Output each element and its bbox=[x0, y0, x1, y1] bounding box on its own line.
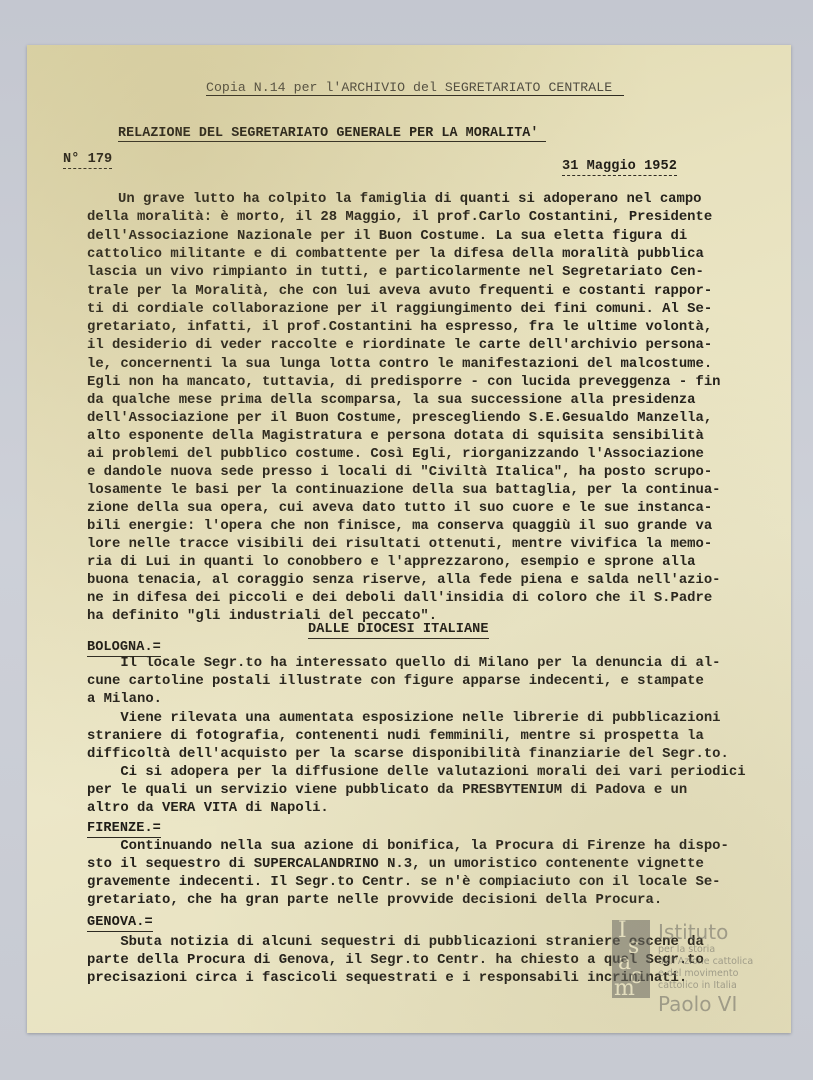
report-date: 31 Maggio 1952 bbox=[562, 160, 677, 176]
text-line: per le quali un servizio viene pubblicat… bbox=[87, 784, 687, 798]
watermark-letter: I bbox=[618, 918, 627, 943]
text-line: altro da VERA VITA di Napoli. bbox=[87, 802, 329, 816]
text-line: e dandole nuova sede presso i locali di … bbox=[87, 466, 712, 480]
text-line: bili energie: l'opera che non finisce, m… bbox=[87, 520, 712, 534]
section-heading: DALLE DIOCESI ITALIANE bbox=[308, 623, 489, 639]
watermark-text: dell'Azione cattolica bbox=[658, 956, 753, 967]
city-heading-firenze: FIRENZE.= bbox=[87, 822, 161, 838]
text-line: ai problemi del pubblico costume. Così E… bbox=[87, 448, 704, 462]
text-line: straniere di fotografia, contenenti nudi… bbox=[87, 730, 704, 744]
text-line: il desiderio di veder raccolte e riordin… bbox=[87, 339, 712, 353]
watermark-text: Istituto bbox=[658, 920, 728, 944]
text-line: Un grave lutto ha colpito la famiglia di… bbox=[118, 193, 702, 207]
text-line: lore nelle tracce visibili dei risultati… bbox=[87, 538, 712, 552]
text-line: gretariato, che ha gran parte nelle prov… bbox=[87, 894, 662, 908]
text-line: Ci si adopera per la diffusione delle va… bbox=[87, 766, 746, 780]
text-line: zione della sua opera, cui aveva dato tu… bbox=[87, 502, 712, 516]
text-line: della moralità: è morto, il 28 Maggio, i… bbox=[87, 211, 712, 225]
text-line: precisazioni circa i fascicoli sequestra… bbox=[87, 972, 687, 986]
text-line: le, concernenti la sua lunga lotta contr… bbox=[87, 358, 712, 372]
city-heading-genova: GENOVA.= bbox=[87, 916, 153, 932]
text-line: gravemente indecenti. Il Segr.to Centr. … bbox=[87, 876, 721, 890]
report-title: RELAZIONE DEL SEGRETARIATO GENERALE PER … bbox=[118, 127, 546, 142]
watermark-text: e del movimento bbox=[658, 968, 738, 979]
text-line: ria di Lui in quanti lo conobbero e l'ap… bbox=[87, 556, 696, 570]
text-line: dell'Associazione Nazionale per il Buon … bbox=[87, 230, 687, 244]
text-line: lascia un vivo rimpianto in tutti, e par… bbox=[87, 266, 704, 280]
typewritten-page: Copia N.14 per l'ARCHIVIO del SEGRETARIA… bbox=[27, 45, 791, 1033]
text-line: Egli non ha mancato, tuttavia, di predis… bbox=[87, 376, 721, 390]
watermark-text: cattolico in Italia bbox=[658, 980, 737, 991]
watermark-text: per la storia bbox=[658, 944, 715, 955]
text-line: ne in difesa dei piccoli e dei deboli da… bbox=[87, 592, 712, 606]
text-line: gretariato, infatti, il prof.Costantini … bbox=[87, 321, 712, 335]
text-line: trale per la Moralità, che con lui aveva… bbox=[87, 285, 712, 299]
text-line: sto il sequestro di SUPERCALANDRINO N.3,… bbox=[87, 858, 704, 872]
text-line: difficoltà dell'acquisto per la scarse d… bbox=[87, 748, 729, 762]
report-number: N° 179 bbox=[63, 153, 112, 169]
text-line: Continuando nella sua azione di bonifica… bbox=[87, 840, 729, 854]
watermark-logo-mark: I s a c m bbox=[612, 920, 650, 998]
text-line: buona tenacia, al coraggio senza riserve… bbox=[87, 574, 721, 588]
text-line: losamente le basi per la continuazione d… bbox=[87, 484, 721, 498]
copy-header: Copia N.14 per l'ARCHIVIO del SEGRETARIA… bbox=[206, 81, 624, 96]
text-line: cune cartoline postali illustrate con fi… bbox=[87, 675, 704, 689]
text-line: cattolico militante e di combattente per… bbox=[87, 248, 704, 262]
text-line: da qualche mese prima della scomparsa, l… bbox=[87, 394, 696, 408]
text-line: ti di cordiale collaborazione per il rag… bbox=[87, 303, 712, 317]
watermark-text: Paolo VI bbox=[658, 992, 737, 1016]
text-line: alto esponente della Magistratura e pers… bbox=[87, 430, 704, 444]
text-line: Il locale Segr.to ha interessato quello … bbox=[87, 657, 721, 671]
watermark-letter: m bbox=[614, 976, 635, 1001]
text-line: a Milano. bbox=[87, 693, 162, 707]
archive-watermark-logo: I s a c m Istituto per la storia dell'Az… bbox=[612, 920, 792, 1030]
text-line: dell'Associazione per il Buon Costume, p… bbox=[87, 412, 712, 426]
text-line: Viene rilevata una aumentata esposizione… bbox=[87, 712, 721, 726]
